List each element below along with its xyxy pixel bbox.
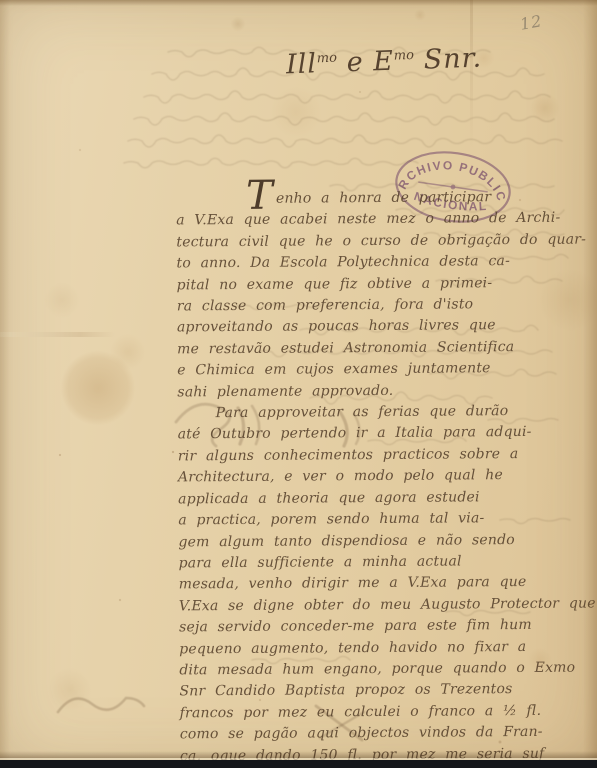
manuscript-line: tectura civil que he o curso de obrigaçã… xyxy=(176,229,576,253)
manuscript-line: a V.Exa que acabei neste mez o anno de A… xyxy=(176,208,576,232)
salutation-superscript: mo xyxy=(317,51,338,67)
manuscript-line: to anno. Da Escola Polytechnica desta ca… xyxy=(176,251,576,275)
manuscript-line: aproveitando as poucas horas livres que xyxy=(177,315,577,339)
manuscript-line: seja servido conceder-me para este fim h… xyxy=(179,615,579,639)
manuscript-line: Snr Candido Baptista propoz os Trezentos xyxy=(179,679,579,703)
salutation-text: e E xyxy=(337,46,395,79)
manuscript-line: mesada, venho dirigir me a V.Exa para qu… xyxy=(179,572,579,596)
manuscript-line: francos por mez eu calculei o franco a ½… xyxy=(180,700,580,724)
manuscript-line: rir alguns conhecimentos practicos sobre… xyxy=(178,443,578,467)
manuscript-line: para ella sufficiente a minha actual xyxy=(179,551,579,575)
page-number: 12 xyxy=(519,11,544,34)
scanned-letter-page: 12 Illmo e Emo Snr. ARCHIVO PUBLICO NACI… xyxy=(0,0,597,768)
manuscript-line: V.Exa se digne obter do meu Augusto Prot… xyxy=(179,593,579,617)
salutation-text: Ill xyxy=(286,48,318,80)
manuscript-line: Para approveitar as ferias que durão xyxy=(177,401,577,425)
letter-body: Tenho a honra de participara V.Exa que a… xyxy=(176,187,580,768)
scan-bed-strip xyxy=(0,760,597,768)
manuscript-line: até Outubro pertendo ir a Italia para ad… xyxy=(178,422,578,446)
manuscript-line: dita mesada hum engano, porque quando o … xyxy=(179,658,579,682)
manuscript-line: a practica, porem sendo huma tal via- xyxy=(178,508,578,532)
salutation-superscript: mo xyxy=(394,48,415,64)
manuscript-line: ra classe com preferencia, fora d'isto xyxy=(177,294,577,318)
salutation-text: Snr. xyxy=(414,43,483,76)
paper-right-edge xyxy=(583,0,597,768)
paper-top-edge xyxy=(0,0,597,6)
manuscript-line: me restavão estudei Astronomia Scientifi… xyxy=(177,336,577,360)
manuscript-line: e Chimica em cujos exames juntamente xyxy=(177,358,577,382)
manuscript-line: Tenho a honra de participar xyxy=(176,187,576,211)
manuscript-line: applicada a theoria que agora estudei xyxy=(178,486,578,510)
paper-left-edge xyxy=(0,0,10,768)
manuscript-line: pital no exame que fiz obtive a primei- xyxy=(177,272,577,296)
manuscript-line: sahi plenamente approvado. xyxy=(177,379,577,403)
manuscript-line: como se pagão aqui objectos vindos da Fr… xyxy=(180,722,580,746)
manuscript-line: Architectura, e ver o modo pelo qual he xyxy=(178,465,578,489)
manuscript-line: pequeno augmento, tendo havido no fixar … xyxy=(179,636,579,660)
manuscript-line: gem algum tanto dispendiosa e não sendo xyxy=(178,529,578,553)
paper-bottom-shadow xyxy=(0,751,597,758)
